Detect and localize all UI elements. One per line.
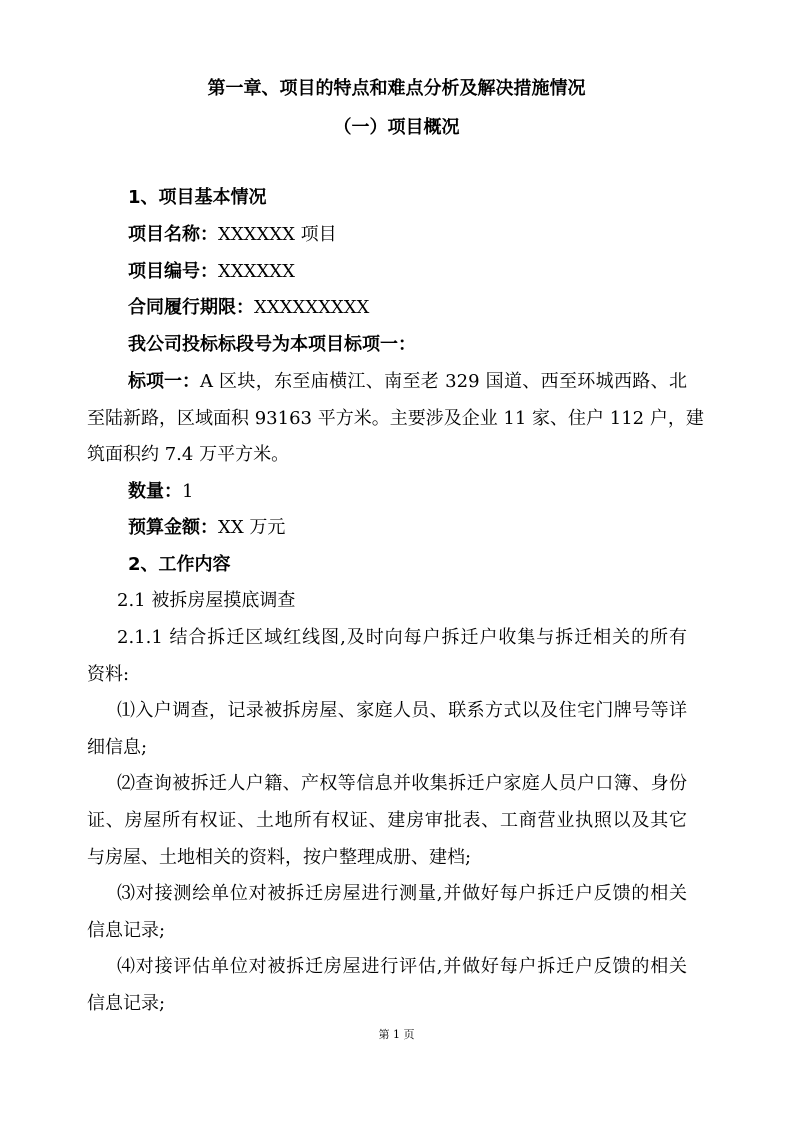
chapter-title: 第一章、项目的特点和难点分析及解决措施情况 — [0, 77, 793, 101]
step-2-line-2: 证、房屋所有权证、土地所有权证、建房审批表、工商营业执照以及其它 — [87, 809, 687, 833]
lot1-text-line-2: 至陆新路，区域面积 93163 平方米。主要涉及企业 11 家、住户 112 户… — [87, 407, 687, 431]
lot1-label: 标项一： — [128, 370, 200, 394]
project-number-label: 项目编号： — [128, 261, 218, 282]
contract-period-label: 合同履行期限： — [128, 297, 254, 318]
basic-info-heading: 1、项目基本情况 — [128, 186, 267, 210]
step-3-line-2: 信息记录; — [87, 919, 165, 943]
step-3-line-1: ⑶对接测绘单位对被拆迁房屋进行测量,并做好每户拆迁户反馈的相关 — [117, 882, 687, 906]
project-name-label: 项目名称： — [128, 224, 218, 245]
section-title: （一）项目概况 — [0, 116, 793, 140]
step-1-line-1: ⑴入户调查，记录被拆房屋、家庭人员、联系方式以及住宅门牌号等详 — [117, 699, 687, 723]
lot1-text-line-3: 筑面积约 7.4 万平方米。 — [87, 443, 289, 467]
project-number-row: 项目编号：XXXXXX — [128, 260, 295, 284]
step-1-line-2: 细信息; — [87, 736, 147, 760]
budget-value: XX 万元 — [218, 517, 285, 538]
item-2-1-1-line-2: 资料: — [87, 663, 129, 687]
budget-label: 预算金额： — [128, 517, 218, 538]
step-4-line-1: ⑷对接评估单位对被拆迁房屋进行评估,并做好每户拆迁户反馈的相关 — [117, 955, 687, 979]
work-content-heading: 2、工作内容 — [128, 553, 231, 577]
step-2-line-3: 与房屋、土地相关的资料，按户整理成册、建档; — [87, 846, 471, 870]
budget-row: 预算金额：XX 万元 — [128, 516, 285, 540]
quantity-label: 数量： — [128, 481, 182, 502]
item-2-1-1-line-1: 2.1.1 结合拆迁区域红线图,及时向每户拆迁户收集与拆迁相关的所有 — [117, 626, 687, 650]
lot1-text-line-1: A 区块，东至庙横江、南至老 329 国道、西至环城西路、北 — [200, 370, 687, 394]
step-2-line-1: ⑵查询被拆迁人户籍、产权等信息并收集拆迁户家庭人员户口簿、身份 — [117, 772, 687, 796]
project-name-row: 项目名称：XXXXXX 项目 — [128, 223, 337, 247]
subsection-2-1: 2.1 被拆房屋摸底调查 — [117, 589, 295, 613]
quantity-row: 数量：1 — [128, 480, 193, 504]
document-page: 第一章、项目的特点和难点分析及解决措施情况 （一）项目概况 1、项目基本情况 项… — [0, 0, 793, 1122]
bid-lot-statement: 我公司投标标段号为本项目标项一： — [128, 333, 416, 357]
project-number-value: XXXXXX — [218, 261, 295, 282]
step-4-line-2: 信息记录; — [87, 992, 165, 1016]
contract-period-value: XXXXXXXXX — [254, 297, 369, 318]
lot1-line-1: 标项一：A 区块，东至庙横江、南至老 329 国道、西至环城西路、北 — [128, 370, 687, 394]
contract-period-row: 合同履行期限：XXXXXXXXX — [128, 296, 369, 320]
page-number-footer: 第 1 页 — [0, 1026, 793, 1042]
quantity-value: 1 — [182, 481, 193, 502]
project-name-value: XXXXXX 项目 — [218, 224, 337, 245]
